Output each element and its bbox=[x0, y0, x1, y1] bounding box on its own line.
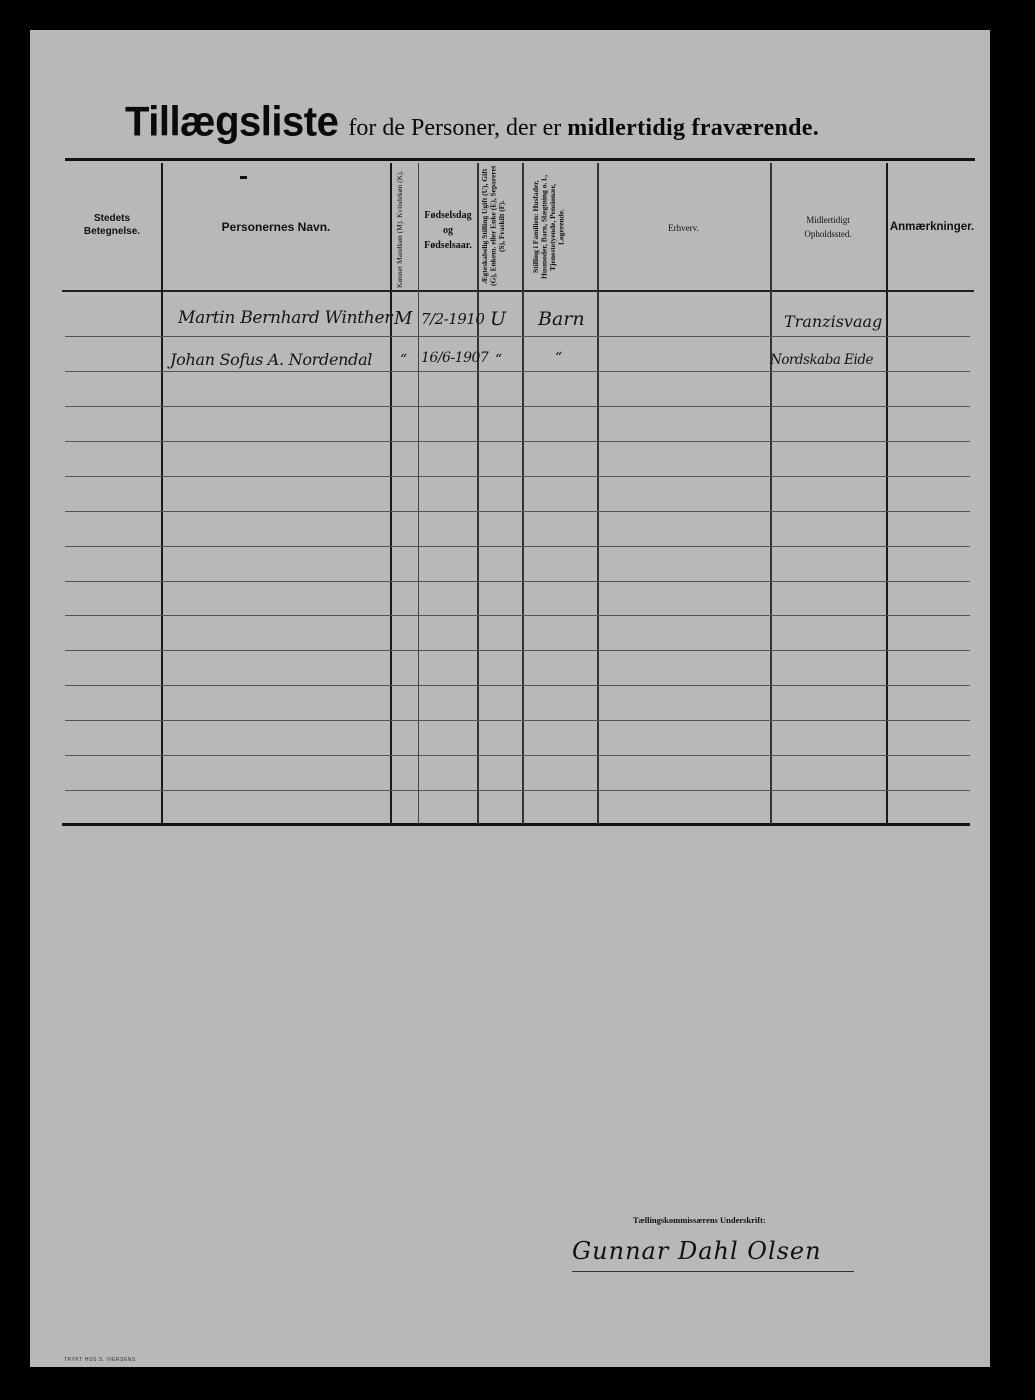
row-line bbox=[65, 546, 970, 547]
header-personernes-navn: Personernes Navn. bbox=[162, 215, 390, 239]
cell-kjonn: M bbox=[394, 308, 412, 329]
cell-fodsel: 7/2-1910 bbox=[421, 310, 484, 328]
row-line bbox=[65, 476, 970, 477]
header-label-line: Betegnelse. bbox=[84, 225, 140, 238]
row-line bbox=[65, 685, 970, 686]
header-aegteskabelig-stilling: Ægteskabelig Stilling Ugift (U), Gift (G… bbox=[481, 165, 521, 287]
row-line bbox=[65, 441, 970, 442]
row-line bbox=[65, 650, 970, 651]
signature-label: Tællingskommissærens Underskrift: bbox=[633, 1215, 766, 1225]
cell-aegteskab: “ bbox=[495, 352, 502, 368]
header-label-line: Midlertidigt bbox=[806, 213, 850, 227]
cell-aegteskab: U bbox=[490, 308, 506, 330]
col-divider-6 bbox=[597, 163, 599, 824]
header-anmaerkninger: Anmærkninger. bbox=[886, 216, 978, 238]
row-line bbox=[65, 581, 970, 582]
header-erhverv: Erhverv. bbox=[597, 218, 770, 238]
header-bottom-rule bbox=[62, 290, 974, 292]
header-label-line: Fødselsdag bbox=[424, 208, 471, 223]
header-label-line: Fødselsaar. bbox=[424, 238, 472, 253]
header-label-line: Stedets bbox=[94, 212, 130, 225]
header-midlertidigt-opholdssted: Midlertidigt Opholdssted. bbox=[770, 210, 886, 244]
cell-stilling: Barn bbox=[538, 308, 585, 330]
header-stedets-betegnelse: Stedets Betegnelse. bbox=[62, 205, 162, 245]
col-divider-8 bbox=[886, 163, 888, 824]
row-line bbox=[65, 371, 970, 372]
col-divider-7 bbox=[770, 163, 772, 824]
signature-underline bbox=[572, 1271, 854, 1272]
row-line bbox=[65, 720, 970, 721]
title-subtitle-plain: for de Personer, der er bbox=[348, 115, 561, 141]
signature-name: Gunnar Dahl Olsen bbox=[572, 1237, 822, 1265]
title-subtitle-bold: midlertidig fraværende. bbox=[567, 115, 819, 141]
header-fodselsdag: Fødselsdag og Fødselsaar. bbox=[418, 200, 478, 260]
col-divider-4 bbox=[477, 163, 479, 824]
row-line bbox=[65, 615, 970, 616]
header-label-line: Opholdssted. bbox=[804, 227, 851, 241]
bottom-thick-rule bbox=[62, 823, 970, 826]
cell-navn: Martin Bernhard Winther bbox=[178, 308, 392, 328]
col-divider-1 bbox=[161, 163, 163, 824]
cell-kjonn: “ bbox=[400, 352, 407, 368]
header-label-line: og bbox=[443, 223, 453, 238]
row-line bbox=[65, 790, 970, 791]
row-line bbox=[65, 755, 970, 756]
cell-navn: Johan Sofus A. Nordendal bbox=[170, 350, 372, 369]
col-divider-3 bbox=[418, 163, 419, 824]
header-kjonn: Kønnet Mandkøn (M). Kvindekøn (K). bbox=[396, 170, 416, 288]
form-title: Tillægslistefor de Personer, der ermidle… bbox=[125, 100, 819, 145]
header-dash-mark bbox=[240, 176, 247, 179]
printer-mark: TRYKT HOS S. IVERSENS bbox=[64, 1357, 136, 1363]
col-divider-5 bbox=[522, 163, 524, 824]
row-line bbox=[65, 511, 970, 512]
header-stilling-i-familien: Stilling i Familien: Husfader, Husmoder,… bbox=[532, 168, 588, 286]
top-thick-rule bbox=[65, 158, 975, 161]
cell-fodsel: 16/6-1907 bbox=[421, 350, 488, 366]
cell-opholdssted: Tranzisvaag bbox=[784, 312, 882, 331]
title-main: Tillægsliste bbox=[125, 99, 338, 146]
cell-stilling: “ bbox=[555, 350, 562, 366]
cell-opholdssted: Nordskaba Eide bbox=[770, 352, 873, 368]
row-line bbox=[65, 406, 970, 407]
row-line bbox=[65, 336, 970, 337]
col-divider-2 bbox=[390, 163, 392, 824]
